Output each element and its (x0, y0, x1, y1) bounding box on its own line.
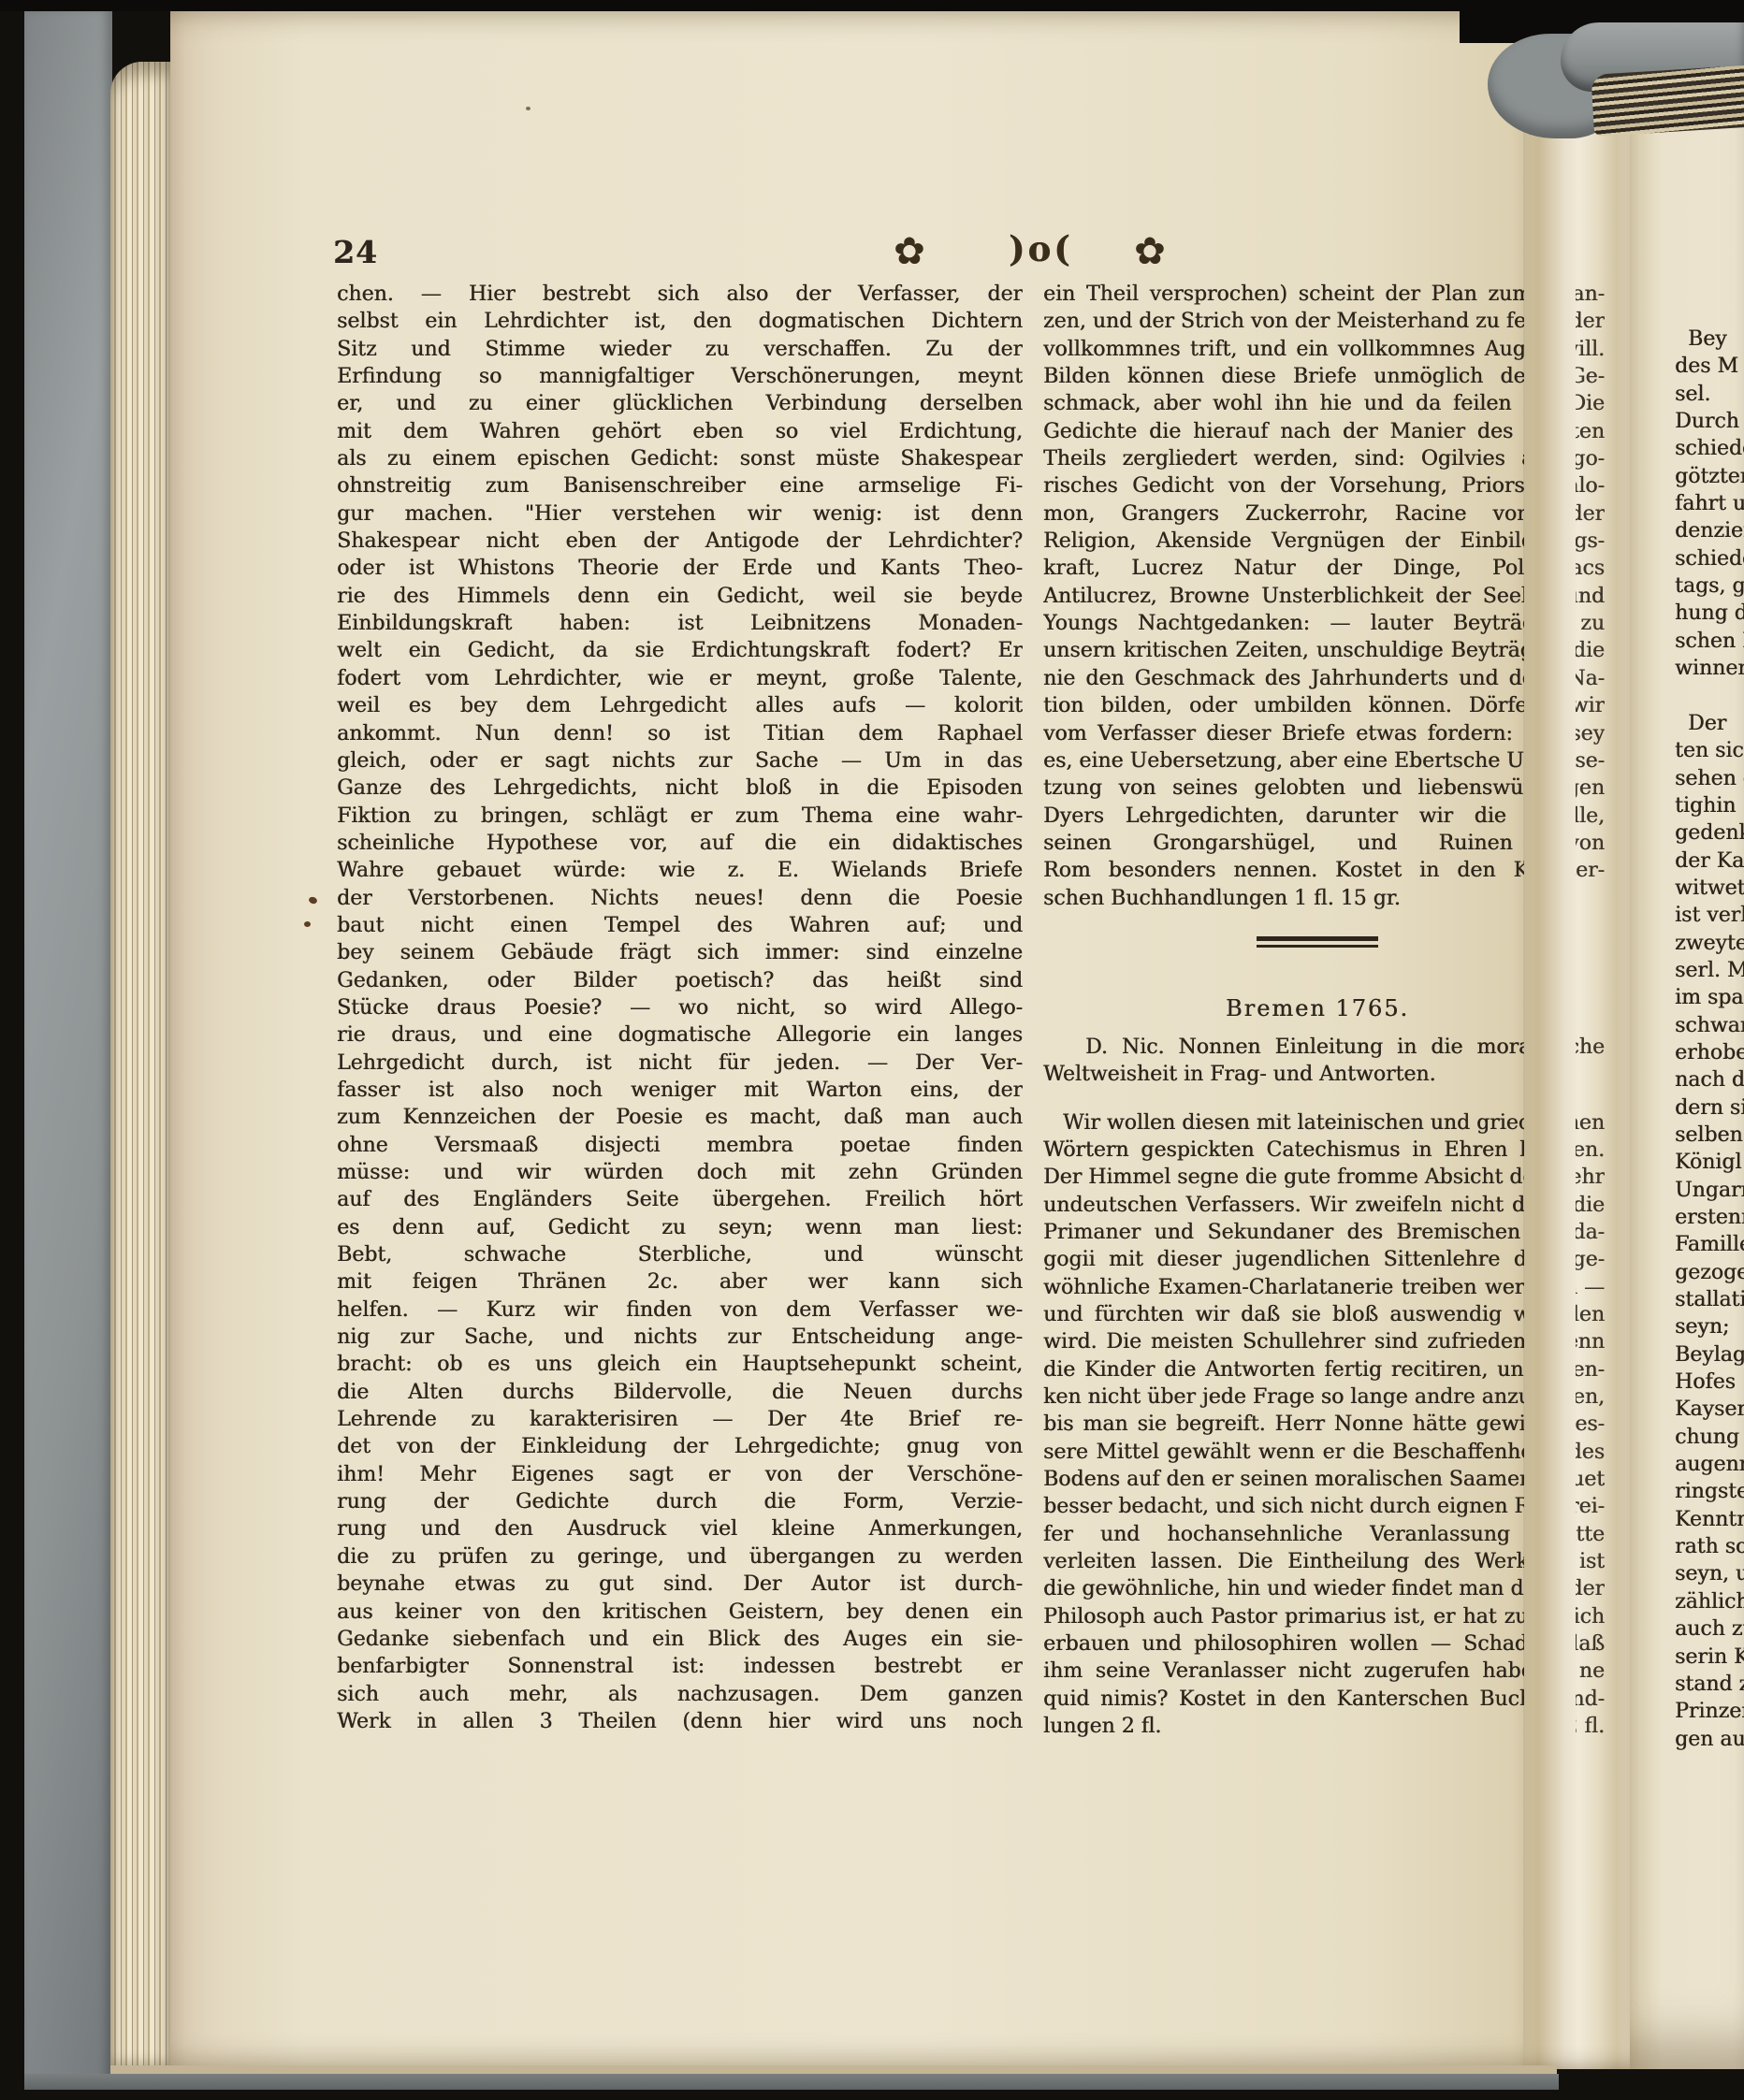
text-line: serin K (1675, 1644, 1744, 1671)
text-line: müsse: und wir würden doch mit zehn Grün… (337, 1159, 1023, 1186)
text-line: chen. — Hier bestrebt sich also der Verf… (337, 281, 1023, 308)
text-line: die Kinder die Antworten fertig recitire… (1576, 1356, 1605, 1383)
review-continuation: ein Theil versprochen) scheint der Plan … (1043, 281, 1524, 912)
text-line: Religion, Akenside Vergnügen der Einbild… (1576, 528, 1605, 555)
right-text-column: ein Theil versprochen) scheint der Plan … (1043, 281, 1524, 1777)
text-line: Prinzen (1675, 1698, 1744, 1725)
text-line: Werk in allen 3 Theilen (denn hier wird … (337, 1708, 1023, 1735)
text-line: nig zur Sache, und nichts zur Entscheidu… (337, 1324, 1023, 1351)
text-line: ist verl (1675, 902, 1744, 929)
text-line: Wahre gebauet würde: wie z. E. Wielands … (337, 857, 1023, 884)
left-text-column: chen. — Hier bestrebt sich also der Verf… (337, 281, 1023, 1735)
text-line: serl. M (1675, 957, 1744, 984)
text-line: Durch (1675, 408, 1744, 435)
text-line: verleiten lassen. Die Eintheilung des We… (1576, 1548, 1605, 1575)
text-line: tion bilden, oder umbilden können. Dörfe… (1576, 692, 1605, 719)
text-line: schmack, aber wohl ihn hie und da feilen… (1043, 390, 1524, 417)
text-line: Beylag (1675, 1341, 1744, 1369)
text-line: fasser ist also noch weniger mit Warton … (337, 1077, 1023, 1104)
text-line: wird. Die meisten Schullehrer sind zufri… (1043, 1328, 1524, 1355)
text-line: sel. (1675, 381, 1744, 408)
text-line: fahrt u (1675, 490, 1744, 517)
text-line: schiede (1675, 435, 1744, 462)
text-line: Rom besonders nennen. Kostet in den Kant… (1576, 857, 1605, 884)
text-line: ein Theil versprochen) scheint der Plan … (1043, 281, 1524, 308)
text-line: Fiktion zu bringen, schlägt er zum Thema… (337, 803, 1023, 830)
text-line: unsern kritischen Zeiten, unschuldige Be… (1043, 637, 1524, 664)
text-line: Famille (1675, 1231, 1744, 1258)
text-line: augenm (1675, 1451, 1744, 1478)
text-line: helfen. — Kurz wir finden von dem Verfas… (337, 1296, 1023, 1324)
text-line: baut nicht einen Tempel des Wahren auf; … (337, 912, 1023, 939)
text-line: stallatio (1675, 1286, 1744, 1313)
text-line: dern sic (1675, 1094, 1744, 1122)
text-line: die Kinder die Antworten fertig recitire… (1043, 1356, 1524, 1383)
text-line: det von der Einkleidung der Lehrgedichte… (337, 1433, 1023, 1460)
fold-text-fragments: ein Theil versprochen) scheint der Plan … (1576, 281, 1605, 1741)
text-line: seinen Grongarshügel, und Ruinen von (1043, 830, 1524, 857)
text-line: Kayserl (1675, 1396, 1744, 1423)
text-line: gezogen (1675, 1259, 1744, 1286)
fold-gap (1576, 912, 1605, 1034)
text-line: undeutschen Verfassers. Wir zweifeln nic… (1043, 1192, 1524, 1219)
text-line: sehen g (1675, 765, 1744, 792)
text-line: nach de (1675, 1066, 1744, 1093)
text-line: gen au (1675, 1726, 1744, 1753)
text-line: die gewöhnliche, hin und wieder findet m… (1043, 1575, 1524, 1602)
text-line: Königl (1675, 1149, 1744, 1176)
text-line: D. Nic. Nonnen Einleitung in die moralis… (1043, 1034, 1524, 1061)
text-line: Rom besonders nennen. Kostet in den Kant… (1043, 857, 1524, 884)
text-line: erstenm (1675, 1204, 1744, 1231)
text-line: vollkommnes trift, und ein vollkommnes A… (1043, 336, 1524, 363)
text-line: Lehrende zu karakterisiren — Der 4te Bri… (337, 1406, 1023, 1433)
book-cover-left (24, 7, 112, 2090)
text-line: seyn; (1675, 1313, 1744, 1340)
text-line: seinen Grongarshügel, und Ruinen von (1576, 830, 1605, 857)
text-line: aus keiner von den kritischen Geistern, … (337, 1599, 1023, 1626)
text-line: mit dem Wahren gehört eben so viel Erdic… (337, 418, 1023, 445)
text-line: zen, und der Strich von der Meisterhand … (1043, 308, 1524, 335)
text-line: stand zu (1675, 1671, 1744, 1698)
text-line: fer und hochansehnliche Veranlassung hät… (1043, 1521, 1524, 1548)
text-line: Gedichte die hierauf nach der Manier des… (1576, 418, 1605, 445)
text-line: rath sol (1675, 1533, 1744, 1560)
text-line: ihm seine Veranlasser nicht zugerufen ha… (1043, 1658, 1524, 1685)
text-line: Kenntn (1675, 1506, 1744, 1533)
text-line: Der Himmel segne die gute fromme Absicht… (1576, 1164, 1605, 1191)
text-line: Ungarn (1675, 1177, 1744, 1204)
text-line: sere Mittel gewählt wenn er die Beschaff… (1043, 1439, 1524, 1466)
page-stack-edges (110, 62, 170, 2071)
text-line: es denn auf, Gedicht zu seyn; wenn man l… (337, 1214, 1023, 1241)
text-line: die Alten durchs Bildervolle, die Neuen … (337, 1379, 1023, 1406)
text-line: lungen 2 fl. (1576, 1713, 1605, 1740)
text-line: schen M (1675, 628, 1744, 655)
text-line: ihm! Mehr Eigenes sagt er von der Versch… (337, 1461, 1023, 1488)
text-line: selbst ein Lehrdichter ist, den dogmatis… (337, 308, 1023, 335)
text-line: witwet (1675, 875, 1744, 902)
text-line: ohne Versmaaß disjecti membra poetae fin… (337, 1132, 1023, 1159)
text-line: nie den Geschmack des Jahrhunderts und d… (1043, 665, 1524, 692)
text-line: winner (1675, 655, 1744, 682)
text-line: Der Himmel segne die gute fromme Absicht… (1043, 1164, 1524, 1191)
text-line: gogii mit dieser jugendlichen Sittenlehr… (1043, 1246, 1524, 1273)
text-line: sere Mittel gewählt wenn er die Beschaff… (1576, 1439, 1605, 1466)
text-line: rung und den Ausdruck viel kleine Anmerk… (337, 1515, 1023, 1542)
text-line: ohnstreitig zum Banisenschreiber eine ar… (337, 472, 1023, 500)
text-line: ihm seine Veranlasser nicht zugerufen ha… (1576, 1658, 1605, 1685)
text-line: Lehrgedicht durch, ist nicht für jeden. … (337, 1050, 1023, 1077)
text-line: zen, und der Strich von der Meisterhand … (1576, 308, 1605, 335)
text-line: Erfindung so mannigfaltiger Verschönerun… (337, 363, 1023, 390)
text-line: quid nimis? Kostet in den Kanterschen Bu… (1576, 1686, 1605, 1713)
text-line: wöhnliche Examen-Charlatanerie treiben w… (1576, 1274, 1605, 1301)
text-line: Gedanken, oder Bilder poetisch? das heiß… (337, 967, 1023, 994)
text-line: Shakespear nicht eben der Antigode der L… (337, 528, 1023, 555)
text-line: im spa (1675, 984, 1744, 1011)
text-line: wöhnliche Examen-Charlatanerie treiben w… (1043, 1274, 1524, 1301)
text-line: mon, Grangers Zuckerrohr, Racine von der (1043, 500, 1524, 528)
book-cover-bottom (24, 2074, 1559, 2090)
fold-fragments-body: Wir wollen diesen mit lateinischen und g… (1576, 1109, 1605, 1741)
text-line: Stücke draus Poesie? — wo nicht, so wird… (337, 994, 1023, 1021)
text-line: gogii mit dieser jugendlichen Sittenlehr… (1576, 1246, 1605, 1273)
text-line: quid nimis? Kostet in den Kanterschen Bu… (1043, 1686, 1524, 1713)
text-line: rie draus, und eine dogmatische Allegori… (337, 1021, 1023, 1049)
text-line: Antilucrez, Browne Unsterblichkeit der S… (1576, 583, 1605, 610)
text-line: der Ka (1675, 847, 1744, 875)
text-line: Bilden können diese Briefe unmöglich den… (1576, 363, 1605, 390)
text-line: ken nicht über jede Frage so lange andre… (1576, 1383, 1605, 1411)
text-line: kraft, Lucrez Natur der Dinge, Polignacs (1576, 555, 1605, 582)
text-line: weil es bey dem Lehrgedicht alles aufs —… (337, 692, 1023, 719)
text-line: ken nicht über jede Frage so lange andre… (1043, 1383, 1524, 1411)
text-line: chung d (1675, 1424, 1744, 1451)
text-line: die gewöhnliche, hin und wieder findet m… (1576, 1575, 1605, 1602)
text-line: der Verstorbenen. Nichts neues! denn die… (337, 885, 1023, 912)
text-line: Bebt, schwache Sterbliche, und wünscht (337, 1241, 1023, 1268)
text-line: zähliche (1675, 1588, 1744, 1615)
text-line: schwarz (1675, 1012, 1744, 1039)
text-line: fodert vom Lehrdichter, wie er meynt, gr… (337, 665, 1023, 692)
text-line: tags, g (1675, 572, 1744, 600)
text-line: zum Kennzeichen der Poesie es macht, daß… (337, 1104, 1023, 1131)
text-line: vom Verfasser dieser Briefe etwas forder… (1043, 720, 1524, 747)
text-line: es, eine Uebersetzung, aber eine Ebertsc… (1043, 747, 1524, 775)
text-line: Weltweisheit in Frag- und Antworten. (1043, 1061, 1524, 1088)
paper-speck (526, 107, 530, 110)
text-line: bis man sie begreift. Herr Nonne hätte g… (1576, 1411, 1605, 1438)
text-line: bis man sie begreift. Herr Nonne hätte g… (1043, 1411, 1524, 1438)
text-line: schmack, aber wohl ihn hie und da feilen… (1576, 390, 1605, 417)
text-line: Wir wollen diesen mit lateinischen und g… (1043, 1109, 1524, 1137)
text-line: rie des Himmels denn ein Gedicht, weil s… (337, 583, 1023, 610)
text-line: vollkommnes trift, und ein vollkommnes A… (1576, 336, 1605, 363)
floral-ornament-right-icon: ✿ (1134, 230, 1166, 273)
text-line: fer und hochansehnliche Veranlassung hät… (1576, 1521, 1605, 1548)
text-line: Gedanke siebenfach und ein Blick des Aug… (337, 1626, 1023, 1653)
text-line: welt ein Gedicht, da sie Erdichtungskraf… (337, 637, 1023, 664)
text-line: Primaner und Sekundaner des Bremischen P… (1576, 1219, 1605, 1246)
text-line: ankommt. Nun denn! so ist Titian dem Rap… (337, 720, 1023, 747)
text-line: Youngs Nachtgedanken: — lauter Beyträge … (1576, 610, 1605, 637)
text-line: Bodens auf den er seinen moralischen Saa… (1576, 1466, 1605, 1493)
text-line: Philosoph auch Pastor primarius ist, er … (1576, 1603, 1605, 1630)
text-line: bey seinem Gebäude frägt sich immer: sin… (337, 939, 1023, 966)
text-line: erbauen und philosophiren wollen — Schad… (1043, 1630, 1524, 1658)
text-line: kraft, Lucrez Natur der Dinge, Polignacs (1043, 555, 1524, 582)
text-line: nie den Geschmack des Jahrhunderts und d… (1576, 665, 1605, 692)
text-line: risches Gedicht von der Vorsehung, Prior… (1043, 472, 1524, 500)
page-block-edges (1591, 65, 1744, 137)
text-line: sich auch mehr, als nachzusagen. Dem gan… (337, 1681, 1023, 1708)
text-line: rung der Gedichte durch die Form, Verzie… (337, 1488, 1023, 1515)
text-line: Der (1675, 710, 1744, 737)
section-divider-rule (1257, 936, 1378, 948)
text-line: Primaner und Sekundaner des Bremischen P… (1043, 1219, 1524, 1246)
text-line: Bodens auf den er seinen moralischen Saa… (1043, 1466, 1524, 1493)
next-page-text: Beydes Msel. Durchschiedegötztenfahrt ud… (1675, 326, 1744, 1753)
text-line: Wörtern gespickten Catechismus in Ehren … (1043, 1137, 1524, 1164)
text-line: Wörtern gespickten Catechismus in Ehren … (1576, 1137, 1605, 1164)
text-line: erhober (1675, 1039, 1744, 1066)
review-title: D. Nic. Nonnen Einleitung in die moralis… (1043, 1034, 1524, 1089)
text-line: Wir wollen diesen mit lateinischen und g… (1576, 1109, 1605, 1137)
text-line: oder ist Whistons Theorie der Erde und K… (337, 555, 1023, 582)
text-line: denzien (1675, 517, 1744, 544)
text-line: beynahe etwas zu gut sind. Der Autor ist… (337, 1571, 1023, 1598)
section-heading: Bremen 1765. (1043, 994, 1524, 1022)
text-line (1675, 682, 1744, 709)
fold-fragments-part1: ein Theil versprochen) scheint der Plan … (1576, 281, 1605, 912)
text-line: Dyers Lehrgedichten, darunter wir die Wo… (1576, 803, 1605, 830)
text-line: Gedichte die hierauf nach der Manier des… (1043, 418, 1524, 445)
text-line: mit feigen Thränen 2c. aber wer kann sic… (337, 1268, 1023, 1296)
text-line: Sitz und Stimme wieder zu verschaffen. Z… (337, 336, 1023, 363)
text-line: Bey (1675, 326, 1744, 353)
text-line: scheinliche Hypothese vor, auf die ein d… (337, 830, 1023, 857)
text-line: besser bedacht, und sich nicht durch eig… (1576, 1493, 1605, 1520)
text-line: Theils zergliedert werden, sind: Ogilvie… (1043, 445, 1524, 472)
text-line: zweyter (1675, 930, 1744, 957)
text-line: Ganze des Lehrgedichts, nicht bloß in di… (337, 775, 1023, 802)
text-line: undeutschen Verfassers. Wir zweifeln nic… (1576, 1192, 1605, 1219)
text-line: Einbildungskraft haben: ist Leibnitzens … (337, 610, 1023, 637)
text-line: D. Nic. Nonnen Einleitung in die moralis… (1576, 1034, 1605, 1061)
text-line: auch zu (1675, 1615, 1744, 1643)
text-line: auf des Engländers Seite übergehen. Frei… (337, 1186, 1023, 1213)
text-line: hung d (1675, 600, 1744, 627)
text-line: mon, Grangers Zuckerrohr, Racine von der (1576, 500, 1605, 528)
text-line: ten sich (1675, 737, 1744, 764)
text-line: Youngs Nachtgedanken: — lauter Beyträge … (1043, 610, 1524, 637)
review-body: Wir wollen diesen mit lateinischen und g… (1043, 1109, 1524, 1741)
text-line: Religion, Akenside Vergnügen der Einbild… (1043, 528, 1524, 555)
text-line: die zu prüfen zu geringe, und übergangen… (337, 1543, 1023, 1571)
ink-spot (304, 921, 311, 927)
fold-gap (1576, 1089, 1605, 1109)
text-line: vom Verfasser dieser Briefe etwas forder… (1576, 720, 1605, 747)
text-line: schiede (1675, 545, 1744, 572)
text-line: und fürchten wir daß sie bloß auswendig … (1043, 1301, 1524, 1328)
text-line: als zu einem epischen Gedicht: sonst müs… (337, 445, 1023, 472)
text-line: ein Theil versprochen) scheint der Plan … (1576, 281, 1605, 308)
text-line: Hofes (1675, 1369, 1744, 1396)
text-line: ringste (1675, 1478, 1744, 1505)
text-line: tighin (1675, 792, 1744, 819)
floral-ornament-left-icon: ✿ (894, 230, 925, 273)
text-line: unsern kritischen Zeiten, unschuldige Be… (1576, 637, 1605, 664)
text-line: er, und zu einer glücklichen Verbindung … (337, 390, 1023, 417)
text-line: tzung von seines gelobten und liebenswür… (1576, 775, 1605, 802)
text-line: verleiten lassen. Die Eintheilung des We… (1043, 1548, 1524, 1575)
text-line: gleich, oder er sagt nichts zur Sache — … (337, 747, 1023, 775)
text-line: gedenk (1675, 819, 1744, 847)
text-line: tion bilden, oder umbilden können. Dörfe… (1043, 692, 1524, 719)
text-line: Dyers Lehrgedichten, darunter wir die Wo… (1043, 803, 1524, 830)
text-line: selben (1675, 1122, 1744, 1149)
header-rule-ornament-icon: )o( (1009, 228, 1073, 269)
page-number: 24 (333, 234, 378, 270)
text-line: götzten (1675, 463, 1744, 490)
text-line: Theils zergliedert werden, sind: Ogilvie… (1576, 445, 1605, 472)
text-line: und fürchten wir daß sie bloß auswendig … (1576, 1301, 1605, 1328)
text-line: schen Buchhandlungen 1 fl. 15 gr. (1043, 885, 1524, 912)
text-line: lungen 2 fl. (1043, 1713, 1524, 1740)
text-line: risches Gedicht von der Vorsehung, Prior… (1576, 472, 1605, 500)
text-line: besser bedacht, und sich nicht durch eig… (1043, 1493, 1524, 1520)
text-line: des M (1675, 353, 1744, 380)
text-line: bracht: ob es uns gleich ein Hauptsehepu… (337, 1351, 1023, 1378)
text-line: tzung von seines gelobten und liebenswür… (1043, 775, 1524, 802)
text-line: benfarbigter Sonnenstral ist: indessen b… (337, 1653, 1023, 1680)
text-line: wird. Die meisten Schullehrer sind zufri… (1576, 1328, 1605, 1355)
text-line: Bilden können diese Briefe unmöglich den… (1043, 363, 1524, 390)
fold-fragments-title: D. Nic. Nonnen Einleitung in die moralis… (1576, 1034, 1605, 1089)
text-line: seyn, u (1675, 1560, 1744, 1587)
text-line: erbauen und philosophiren wollen — Schad… (1576, 1630, 1605, 1658)
text-line: Antilucrez, Browne Unsterblichkeit der S… (1043, 583, 1524, 610)
text-line: gur machen. "Hier verstehen wir wenig: i… (337, 500, 1023, 528)
text-line: es, eine Uebersetzung, aber eine Ebertsc… (1576, 747, 1605, 775)
text-line: Philosoph auch Pastor primarius ist, er … (1043, 1603, 1524, 1630)
